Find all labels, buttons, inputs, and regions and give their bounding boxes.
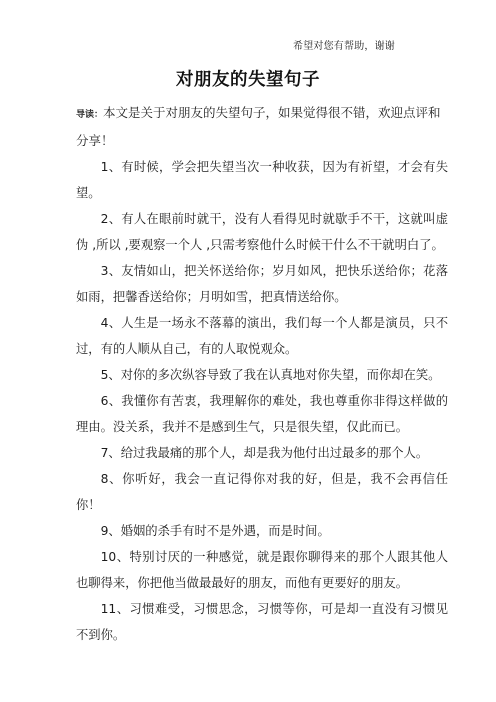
sentence-2: 2、有人在眼前时就干，没有人看得见时就歇手不干，这就叫虚伪 ,所以 ,要观察一个… xyxy=(76,206,448,258)
sentence-3: 3、友情如山，把关怀送给你；岁月如风，把快乐送给你；花落如雨，把馨香送给你；月明… xyxy=(76,258,448,310)
sentence-9: 9、婚姻的杀手有时不是外遇，而是时间。 xyxy=(76,518,448,544)
sentence-5: 5、对你的多次纵容导致了我在认真地对你失望，而你却在笑。 xyxy=(76,362,448,388)
sentence-11: 11、习惯难受，习惯思念，习惯等你，可是却一直没有习惯见不到你。 xyxy=(76,596,448,648)
intro-lead-label: 导读： xyxy=(76,110,103,120)
page-title: 对朋友的失望句子 xyxy=(0,66,496,91)
header-note: 希望对您有帮助，谢谢 xyxy=(293,37,395,52)
sentence-4: 4、人生是一场永不落幕的演出，我们每一个人都是演员，只不过，有的人顺从自己，有的… xyxy=(76,310,448,362)
sentence-8: 8、你听好，我会一直记得你对我的好，但是，我不会再信任你！ xyxy=(76,466,448,518)
sentence-6: 6、我懂你有苦衷，我理解你的难处，我也尊重你非得这样做的理由。没关系，我并不是感… xyxy=(76,388,448,440)
sentence-1: 1、有时候，学会把失望当次一种收获，因为有祈望，才会有失望。 xyxy=(76,154,448,206)
intro-paragraph: 导读：本文是关于对朋友的失望句子，如果觉得很不错，欢迎点评和分享！ xyxy=(76,100,448,154)
sentence-7: 7、给过我最痛的那个人，却是我为他付出过最多的那个人。 xyxy=(76,440,448,466)
document-body: 导读：本文是关于对朋友的失望句子，如果觉得很不错，欢迎点评和分享！ 1、有时候，… xyxy=(76,100,448,648)
document-page: 希望对您有帮助，谢谢 对朋友的失望句子 导读：本文是关于对朋友的失望句子，如果觉… xyxy=(0,0,496,702)
intro-text: 本文是关于对朋友的失望句子，如果觉得很不错，欢迎点评和分享！ xyxy=(76,105,441,148)
sentence-10: 10、特别讨厌的一种感觉，就是跟你聊得来的那个人跟其他人也聊得来，你把他当做最最… xyxy=(76,544,448,596)
